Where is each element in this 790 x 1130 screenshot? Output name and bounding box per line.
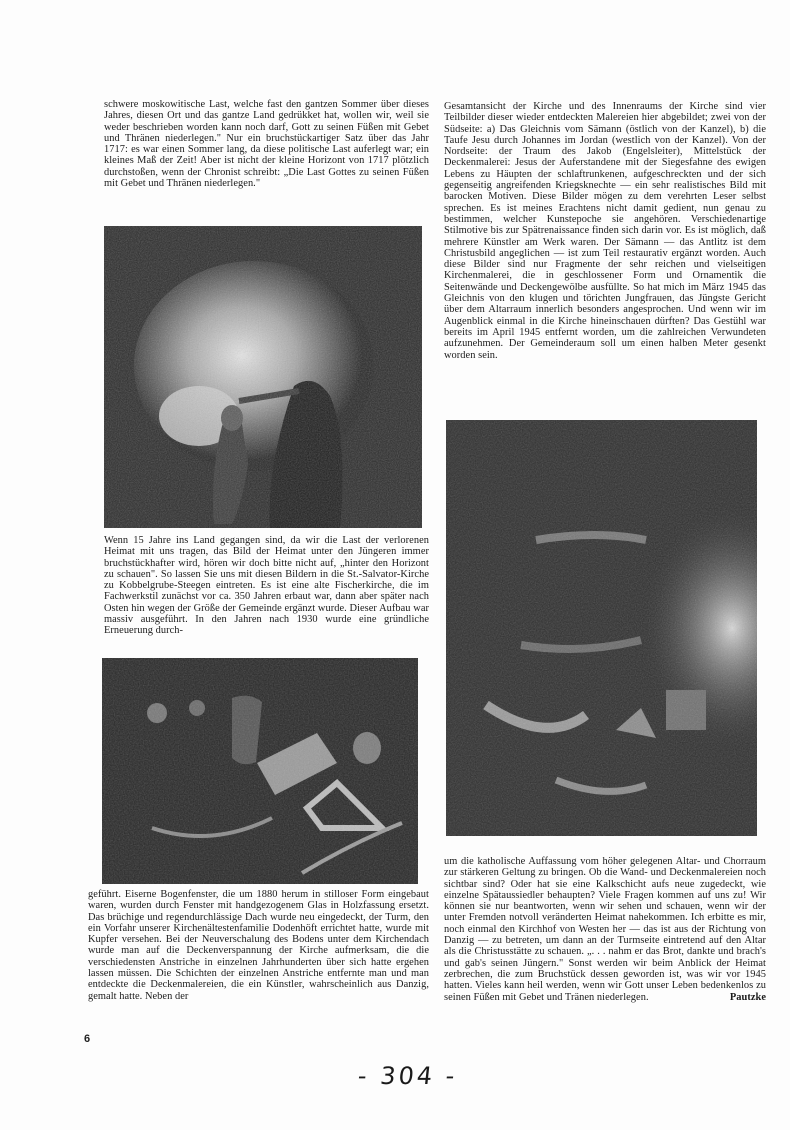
- paragraph-text: um die katholische Auffassung vom höher …: [444, 856, 766, 1003]
- paragraph: Wenn 15 Jahre ins Land gegangen sind, da…: [104, 535, 429, 637]
- dark-scene-painting-image: [446, 420, 757, 836]
- left-column-text-block-2: Wenn 15 Jahre ins Land gegangen sind, da…: [104, 535, 429, 637]
- paragraph: schwere moskowitische Last, welche fast …: [104, 99, 429, 189]
- author-signature: Pautzke: [730, 992, 766, 1003]
- photo-baptism-of-jesus: [104, 226, 422, 528]
- photo-soldiers-at-tomb: [102, 658, 418, 884]
- left-column-text-block-3: geführt. Eiserne Bogenfenster, die um 18…: [88, 889, 429, 1002]
- left-column-text-block-1: schwere moskowitische Last, welche fast …: [104, 99, 429, 189]
- photo-ceiling-painting: [446, 420, 757, 836]
- page-number: 6: [84, 1033, 90, 1045]
- document-page: schwere moskowitische Last, welche fast …: [0, 0, 790, 1130]
- right-column-text-block-1: Gesamtansicht der Kirche und des Innenra…: [444, 101, 766, 361]
- soldiers-painting-image: [102, 658, 418, 884]
- paragraph: geführt. Eiserne Bogenfenster, die um 18…: [88, 889, 429, 1002]
- right-column-text-block-2: um die katholische Auffassung vom höher …: [444, 856, 766, 1003]
- paragraph: um die katholische Auffassung vom höher …: [444, 856, 766, 1003]
- handwritten-page-number: - 304 -: [357, 1062, 459, 1090]
- paragraph: Gesamtansicht der Kirche und des Innenra…: [444, 101, 766, 361]
- baptism-painting-image: [104, 226, 422, 528]
